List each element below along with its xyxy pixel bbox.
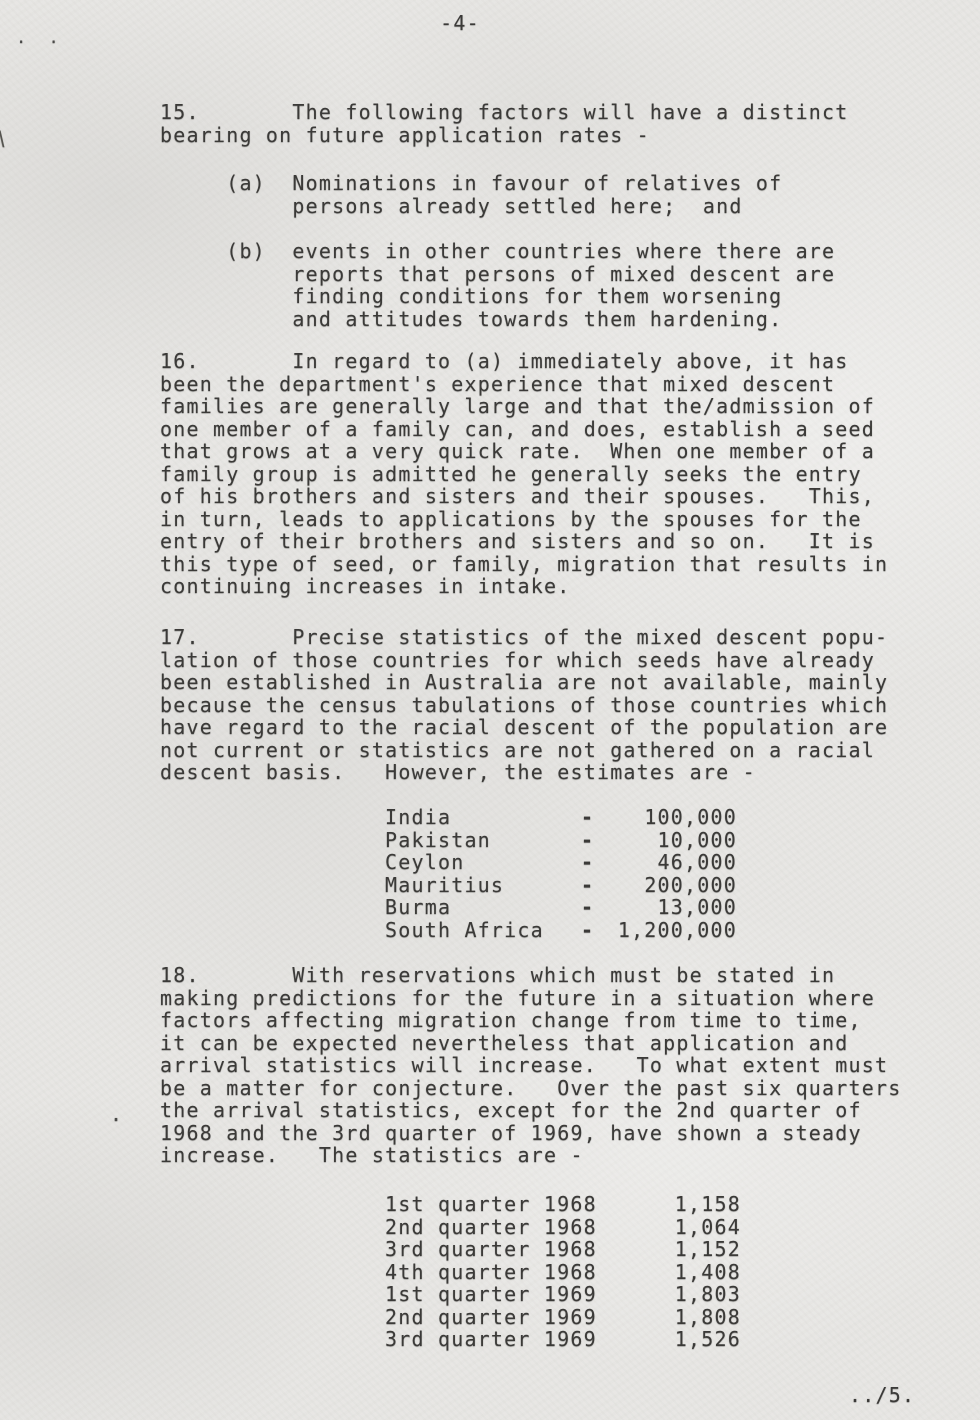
quarters-table: 1st quarter 1968 1,158 2nd quarter 1968 … [385, 1193, 741, 1351]
paragraph-16: 16. In regard to (a) immediately above, … [160, 350, 888, 598]
estimate-country: India [385, 806, 581, 829]
quarter-label: 3rd quarter 1969 [385, 1328, 615, 1351]
estimate-dash: - [581, 806, 613, 829]
estimate-dash: - [581, 851, 613, 874]
estimate-value: 13,000 [613, 896, 737, 919]
quarter-label: 4th quarter 1968 [385, 1261, 615, 1284]
estimate-value: 46,000 [613, 851, 737, 874]
quarter-label: 2nd quarter 1968 [385, 1216, 615, 1239]
stray-mark-left: \ [0, 127, 11, 152]
quarter-row: 1st quarter 1969 1,803 [385, 1283, 741, 1306]
quarter-label: 3rd quarter 1968 [385, 1238, 615, 1261]
quarter-value: 1,526 [615, 1328, 741, 1351]
estimate-dash: - [581, 829, 613, 852]
estimate-dash: - [581, 874, 613, 897]
estimate-row: Mauritius - 200,000 [385, 874, 737, 897]
quarter-value: 1,152 [615, 1238, 741, 1261]
estimates-table: India - 100,000 Pakistan - 10,000 Ceylon… [385, 806, 737, 941]
estimate-row: Burma - 13,000 [385, 896, 737, 919]
stray-mark-top-left: . . [16, 27, 65, 50]
quarter-value: 1,158 [615, 1193, 741, 1216]
quarter-row: 2nd quarter 1969 1,808 [385, 1306, 741, 1329]
quarter-label: 2nd quarter 1969 [385, 1306, 615, 1329]
estimate-country: South Africa [385, 919, 581, 942]
paragraph-15: 15. The following factors will have a di… [160, 101, 849, 146]
estimate-row: Ceylon - 46,000 [385, 851, 737, 874]
estimate-country: Pakistan [385, 829, 581, 852]
estimate-value: 100,000 [613, 806, 737, 829]
estimate-value: 200,000 [613, 874, 737, 897]
estimate-dash: - [581, 919, 613, 942]
quarter-row: 2nd quarter 1968 1,064 [385, 1216, 741, 1239]
quarter-value: 1,408 [615, 1261, 741, 1284]
quarter-value: 1,808 [615, 1306, 741, 1329]
quarter-row: 3rd quarter 1968 1,152 [385, 1238, 741, 1261]
page-footer: ../5. [849, 1384, 915, 1407]
estimate-dash: - [581, 896, 613, 919]
estimate-row: Pakistan - 10,000 [385, 829, 737, 852]
quarter-row: 3rd quarter 1969 1,526 [385, 1328, 741, 1351]
quarter-value: 1,803 [615, 1283, 741, 1306]
quarter-label: 1st quarter 1969 [385, 1283, 615, 1306]
page-number: -4- [0, 12, 920, 35]
quarter-label: 1st quarter 1968 [385, 1193, 615, 1216]
document-page: -4- . . \ . 15. The following factors wi… [0, 0, 980, 1420]
estimate-country: Ceylon [385, 851, 581, 874]
estimate-row: South Africa - 1,200,000 [385, 919, 737, 942]
paragraph-17: 17. Precise statistics of the mixed desc… [160, 626, 888, 784]
stray-margin-dot: . [110, 1103, 123, 1126]
quarter-value: 1,064 [615, 1216, 741, 1239]
estimate-value: 10,000 [613, 829, 737, 852]
quarter-row: 4th quarter 1968 1,408 [385, 1261, 741, 1284]
estimate-country: Mauritius [385, 874, 581, 897]
paragraph-18: 18. With reservations which must be stat… [160, 964, 902, 1167]
list-item-a: (a) Nominations in favour of relatives o… [160, 172, 782, 217]
quarter-row: 1st quarter 1968 1,158 [385, 1193, 741, 1216]
list-item-b: (b) events in other countries where ther… [160, 240, 835, 330]
estimate-country: Burma [385, 896, 581, 919]
estimate-row: India - 100,000 [385, 806, 737, 829]
estimate-value: 1,200,000 [613, 919, 737, 942]
